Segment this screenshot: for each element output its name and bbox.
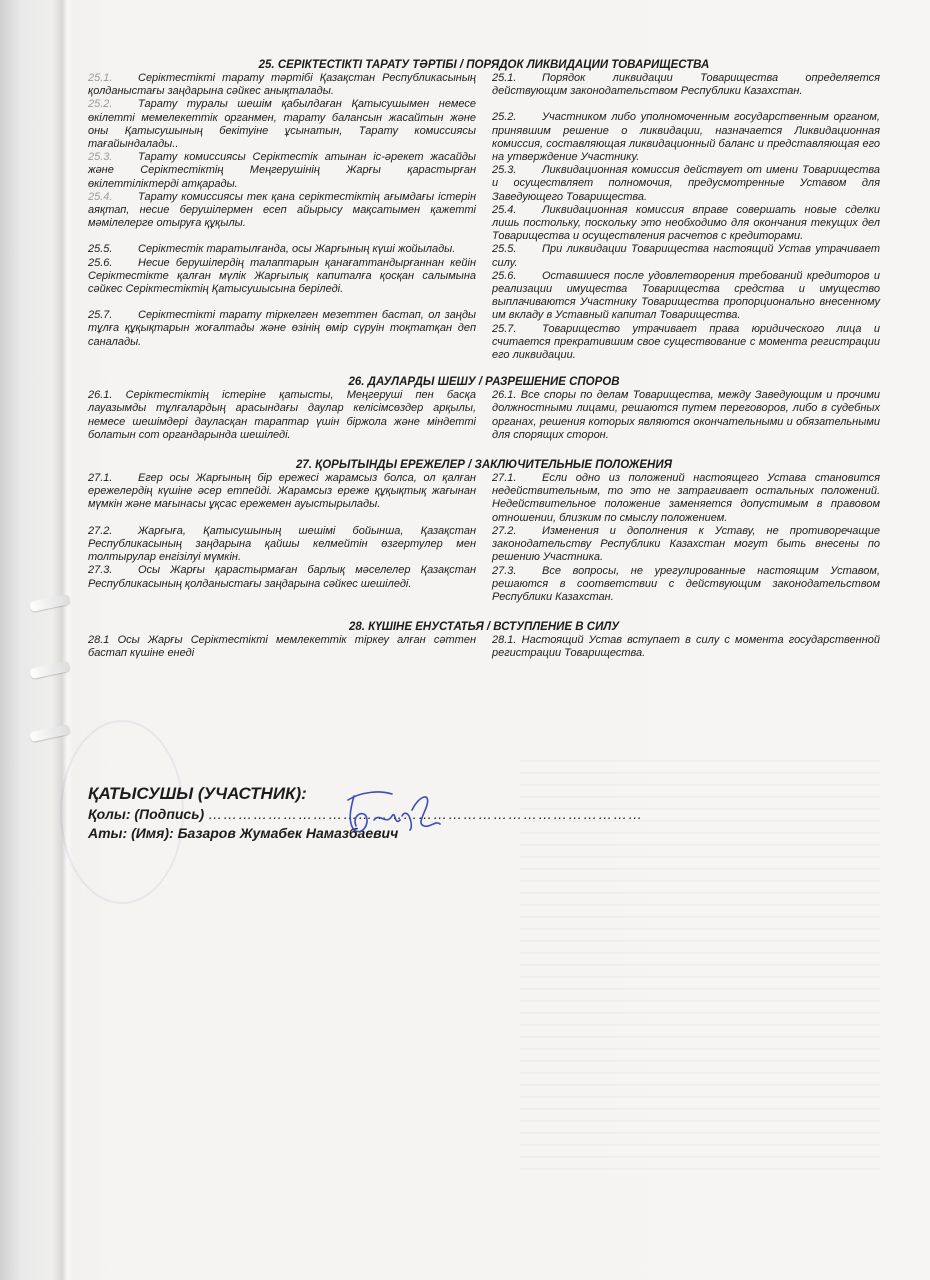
clause: 25.3.Тарату комиссиясы Серіктестік атына… <box>88 151 476 191</box>
section-26: 26. ДАУЛАРДЫ ШЕШУ / РАЗРЕШЕНИЕ СПОРОВ 26… <box>88 375 880 442</box>
clause: 26.1. Серіктестіктің істеріне қатысты, М… <box>88 389 476 442</box>
section-25: 25. СЕРІКТЕСТІКТІ ТАРАТУ ТӘРТІБІ / ПОРЯД… <box>88 58 880 362</box>
clause: 27.2.Жарғыға, Қатысушының шешімі бойынша… <box>88 525 476 565</box>
clause: 25.6.Оставшиеся после удовлетворения тре… <box>492 270 880 323</box>
clause: 25.6.Несие берушілердің талаптарын қанағ… <box>88 257 476 297</box>
section-title: 27. ҚОРЫТЫНДЫ ЕРЕЖЕЛЕР / ЗАКЛЮЧИТЕЛЬНЫЕ … <box>88 458 880 472</box>
section-title: 26. ДАУЛАРДЫ ШЕШУ / РАЗРЕШЕНИЕ СПОРОВ <box>88 375 880 389</box>
russian-column: 25.1.Порядок ликвидации Товарищества опр… <box>492 72 880 362</box>
clause: 25.2.Тарату туралы шешім қабылдаған Қаты… <box>88 98 476 151</box>
russian-column: 28.1. Настоящий Устав вступает в силу с … <box>492 634 880 660</box>
clause: 25.1.Серіктестікті тарату тәртібі Қазақс… <box>88 72 476 98</box>
clause: 28.1 Осы Жарғы Серіктестікті мемлекеттік… <box>88 634 476 660</box>
section-title: 25. СЕРІКТЕСТІКТІ ТАРАТУ ТӘРТІБІ / ПОРЯД… <box>88 58 880 72</box>
clause: 25.3.Ликвидационная комиссия действует о… <box>492 164 880 204</box>
name-label: Аты: (Имя): <box>88 825 174 841</box>
clause: 25.5.Серіктестік таратылғанда, осы Жарғы… <box>88 243 476 256</box>
clause: 25.4.Ликвидационная комиссия вправе сове… <box>492 204 880 244</box>
russian-column: 27.1.Если одно из положений настоящего У… <box>492 472 880 604</box>
clause: 25.7.Товарищество утрачивает права юриди… <box>492 323 880 363</box>
kazakh-column: 25.1.Серіктестікті тарату тәртібі Қазақс… <box>88 72 476 362</box>
clause: 27.1.Егер осы Жарғының бір ережесі жарам… <box>88 472 476 512</box>
clause: 25.2.Участником либо уполномоченным госу… <box>492 111 880 164</box>
kazakh-column: 26.1. Серіктестіктің істеріне қатысты, М… <box>88 389 476 442</box>
section-28: 28. КҮШІНЕ ЕНУСТАТЬЯ / ВСТУПЛЕНИЕ В СИЛУ… <box>88 620 880 660</box>
clause: 27.3.Осы Жарғы қарастырмаған барлық мәсе… <box>88 564 476 590</box>
clause: 27.2.Изменения и дополнения к Уставу, не… <box>492 525 880 565</box>
clause: 26.1. Все споры по делам Товарищества, м… <box>492 389 880 442</box>
clause: 27.1.Если одно из положений настоящего У… <box>492 472 880 525</box>
section-title: 28. КҮШІНЕ ЕНУСТАТЬЯ / ВСТУПЛЕНИЕ В СИЛУ <box>88 620 880 634</box>
clause: 25.1.Порядок ликвидации Товарищества опр… <box>492 72 880 98</box>
russian-column: 26.1. Все споры по делам Товарищества, м… <box>492 389 880 442</box>
clause: 25.4.Тарату комиссиясы тек қана серіктес… <box>88 191 476 231</box>
section-27: 27. ҚОРЫТЫНДЫ ЕРЕЖЕЛЕР / ЗАКЛЮЧИТЕЛЬНЫЕ … <box>88 458 880 604</box>
kazakh-column: 28.1 Осы Жарғы Серіктестікті мемлекеттік… <box>88 634 476 660</box>
clause: 25.5.При ликвидации Товарищества настоящ… <box>492 243 880 269</box>
handwritten-signature-icon <box>340 786 450 838</box>
clause: 25.7.Серіктестікті тарату тіркелген мезе… <box>88 309 476 349</box>
clause: 28.1. Настоящий Устав вступает в силу с … <box>492 634 880 660</box>
scanned-page: 25. СЕРІКТЕСТІКТІ ТАРАТУ ТӘРТІБІ / ПОРЯД… <box>0 0 930 1280</box>
document-body: 25. СЕРІКТЕСТІКТІ ТАРАТУ ТӘРТІБІ / ПОРЯД… <box>88 58 880 661</box>
kazakh-column: 27.1.Егер осы Жарғының бір ережесі жарам… <box>88 472 476 604</box>
clause: 27.3.Все вопросы, не урегулированные нас… <box>492 565 880 605</box>
page-fold-shadow <box>52 0 74 1280</box>
signature-label: Қолы: (Подпись) <box>88 806 204 822</box>
